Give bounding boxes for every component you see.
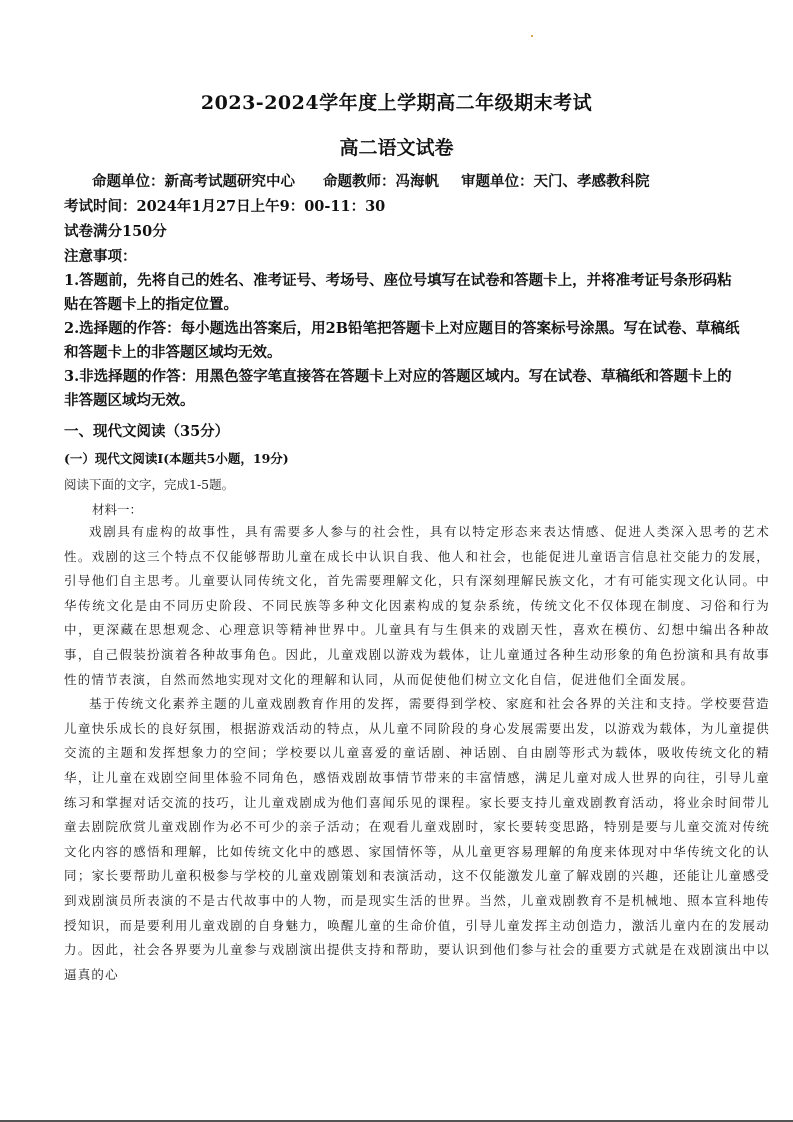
material-body: 戏剧具有虚构的故事性，具有需要多人参与的社会性，具有以特定形态来表达情感、促进人… — [64, 520, 770, 987]
proposer-unit: 命题单位：新高考试题研究中心 — [92, 173, 295, 190]
proposer-teacher: 命题教师：冯海帆 — [323, 173, 439, 190]
subsection-title: (一）现代文阅读Ⅰ(本题共5小题，19分) — [64, 449, 289, 467]
notice-item-3: 3.非选择题的作答：用黑色签字笔直接答在答题卡上对应的答题区域内。写在试卷、草稿… — [64, 365, 744, 413]
paragraph-1: 戏剧具有虚构的故事性，具有需要多人参与的社会性，具有以特定形态来表达情感、促进人… — [64, 520, 770, 692]
notice-item-1: 1.答题前，先将自己的姓名、准考证号、考场号、座位号填写在试卷和答题卡上，并将准… — [64, 269, 744, 317]
paragraph-2: 基于传统文化素养主题的儿童戏剧教育作用的发挥，需要得到学校、家庭和社会各界的关注… — [64, 692, 770, 987]
reviewer-unit: 审题单位：天门、孝感教科院 — [461, 173, 650, 190]
scan-speck — [531, 35, 533, 37]
exam-time: 考试时间：2024年1月27日上午9：00-11：30 — [64, 195, 385, 219]
section-title: 一、现代文阅读（35分） — [64, 420, 229, 441]
notice-block: 注意事项： 1.答题前，先将自己的姓名、准考证号、考场号、座位号填写在试卷和答题… — [64, 245, 744, 413]
reading-instruction: 阅读下面的文字，完成1-5题。 — [64, 475, 234, 493]
notice-item-2: 2.选择题的作答：每小题选出答案后，用2B铅笔把答题卡上对应题目的答案标号涂黑。… — [64, 317, 744, 365]
proposer-line: 命题单位：新高考试题研究中心命题教师：冯海帆审题单位：天门、孝感教科院 — [92, 170, 650, 194]
exam-subtitle: 高二语文试卷 — [0, 133, 793, 160]
full-score: 试卷满分150分 — [64, 220, 167, 244]
exam-page: 2023-2024学年度上学期高二年级期末考试 高二语文试卷 命题单位：新高考试… — [0, 0, 793, 1122]
exam-title: 2023-2024学年度上学期高二年级期末考试 — [0, 88, 793, 115]
notice-heading: 注意事项： — [64, 245, 744, 269]
material-label: 材料一： — [92, 500, 142, 518]
